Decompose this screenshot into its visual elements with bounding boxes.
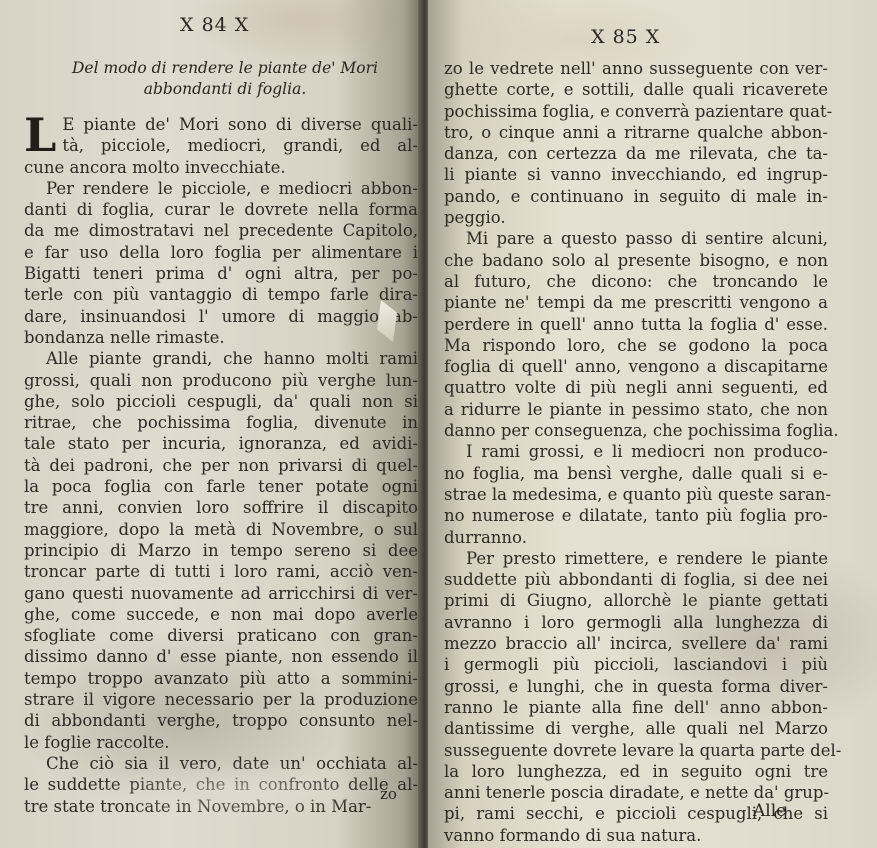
text-line: tà dei padroni, che per non privarsi di … (24, 455, 418, 476)
text-line: danza, con certezza da me rilevata, che … (444, 143, 828, 164)
text-line: suddette più abbondanti di foglia, si de… (444, 569, 828, 590)
text-line: primi di Giugno, allorchè le piante gett… (444, 590, 828, 611)
text-line: strae la medesima, e quanto più queste s… (444, 484, 828, 505)
text-line: peggio. (444, 207, 828, 228)
text-line: danti di foglia, curar le dovrete nella … (24, 199, 418, 220)
text-line: pochissima foglia, e converrà pazientare… (444, 101, 828, 122)
right-page: X 85 X zo le vedrete nell' anno sussegue… (428, 0, 877, 848)
text-line: tempo troppo avanzato più atto a sommini… (24, 668, 418, 689)
text-line: la poca foglia con farle tener potate og… (24, 476, 418, 497)
text-line: mezzo braccio all' incirca, svellere da'… (444, 633, 828, 654)
text-line: danno per conseguenza, che pochissima fo… (444, 420, 828, 441)
text-line: perdere in quell' anno tutta la foglia d… (444, 314, 828, 335)
drop-cap: L (24, 115, 56, 155)
text-line: i germogli più piccioli, lasciandovi i p… (444, 654, 828, 675)
text-line: avranno i loro germogli alla lunghezza d… (444, 612, 828, 633)
text-line: vanno formando di sua natura. (444, 825, 828, 846)
text-line: terle con più vantaggio di tempo farle d… (24, 284, 418, 305)
right-body-text: zo le vedrete nell' anno susseguente con… (444, 58, 828, 846)
text-line: principio di Marzo in tempo sereno si de… (24, 540, 418, 561)
text-line: ghe, come succede, e non mai dopo averle (24, 604, 418, 625)
page-number-85: X 85 X (591, 26, 660, 48)
text-line: dare, insinuandosi l' umore di maggio ab… (24, 306, 418, 327)
text-line: tre anni, convien loro soffrire il disca… (24, 497, 418, 518)
text-line: al futuro, che dicono: che troncando le (444, 271, 828, 292)
text-line: gano questi nuovamente ad arricchirsi di… (24, 583, 418, 604)
text-line: tà, picciole, mediocri, grandi, ed al- (24, 135, 418, 156)
text-line: e far uso della loro foglia per alimenta… (24, 242, 418, 263)
text-line: susseguente dovrete levare la quarta par… (444, 740, 828, 761)
text-line: troncar parte di tutti i loro rami, acci… (24, 561, 418, 582)
text-line: Alle piante grandi, che hanno molti rami (24, 348, 418, 369)
text-line: quattro volte di più negli anni seguenti… (444, 377, 828, 398)
text-line: sfogliate come diversi praticano con gra… (24, 625, 418, 646)
text-line: foglia di quell' anno, vengono a discapi… (444, 356, 828, 377)
heading-line-2: abbondanti di foglia. (45, 79, 405, 100)
text-line: dissimo danno d' esse piante, non essend… (24, 646, 418, 667)
text-line: di abbondanti verghe, troppo consunto ne… (24, 710, 418, 731)
text-line: da me dimostratavi nel precedente Capito… (24, 220, 418, 241)
text-line: Ma rispondo loro, che se godono la poca (444, 335, 828, 356)
text-line: ghe, solo piccioli cespugli, da' quali n… (24, 391, 418, 412)
text-line: I rami grossi, e li mediocri non produco… (444, 441, 828, 462)
text-line: no numerose e dilatate, tanto più foglia… (444, 505, 828, 526)
chapter-heading: Del modo di rendere le piante de' Mori a… (45, 58, 405, 101)
text-line: a ridurre le piante in pessimo stato, ch… (444, 399, 828, 420)
text-line: li piante si vanno invecchiando, ed ingr… (444, 164, 828, 185)
text-line: strare il vigore necessario per la produ… (24, 689, 418, 710)
text-line: pando, e continuano in seguito di male i… (444, 186, 828, 207)
text-line: ritrae, che pochissima foglia, divenute … (24, 412, 418, 433)
left-page: X 84 X Del modo di rendere le piante de'… (0, 0, 420, 848)
text-line: grossi, quali non producono più verghe l… (24, 370, 418, 391)
catchword: Alle (753, 801, 786, 821)
text-line: Bigatti teneri prima d' ogni altra, per … (24, 263, 418, 284)
text-line: tale stato per incuria, ignoranza, ed av… (24, 433, 418, 454)
text-line: ghette corte, e sottili, dalle quali ric… (444, 79, 828, 100)
text-line: tro, o cinque anni a ritrarne qualche ab… (444, 122, 828, 143)
book-spread: X 84 X Del modo di rendere le piante de'… (0, 0, 877, 848)
page-number-84: X 84 X (180, 14, 249, 36)
heading-line-1: Del modo di rendere le piante de' Mori (45, 58, 405, 79)
text-line: piante ne' tempi da me prescritti vengon… (444, 292, 828, 313)
text-line: le foglie raccolte. (24, 732, 418, 753)
text-line: zo le vedrete nell' anno susseguente con… (444, 58, 828, 79)
text-line: Mi pare a questo passo di sentire alcuni… (444, 228, 828, 249)
paper-stain (90, 760, 390, 820)
text-line: bondanza nelle rimaste. (24, 327, 418, 348)
text-line: grossi, e lunghi, che in questa forma di… (444, 676, 828, 697)
text-line: durranno. (444, 527, 828, 548)
text-line: maggiore, dopo la metà di Novembre, o su… (24, 519, 418, 540)
catchword: zo (380, 785, 397, 803)
text-line: ranno le piante alla fine dell' anno abb… (444, 697, 828, 718)
text-line: Per rendere le picciole, e mediocri abbo… (24, 178, 418, 199)
text-line: cune ancora molto invecchiate. (24, 157, 418, 178)
text-line: no foglia, ma bensì verghe, dalle quali … (444, 463, 828, 484)
text-line: E piante de' Mori sono di diverse quali- (24, 114, 418, 135)
text-line: la loro lunghezza, ed in seguito ogni tr… (444, 761, 828, 782)
text-line: Per presto rimettere, e rendere le piant… (444, 548, 828, 569)
left-body-text: L E piante de' Mori sono di diverse qual… (24, 114, 418, 817)
text-line: dantissime di verghe, alle quali nel Mar… (444, 718, 828, 739)
text-line: che badano solo al presente bisogno, e n… (444, 250, 828, 271)
